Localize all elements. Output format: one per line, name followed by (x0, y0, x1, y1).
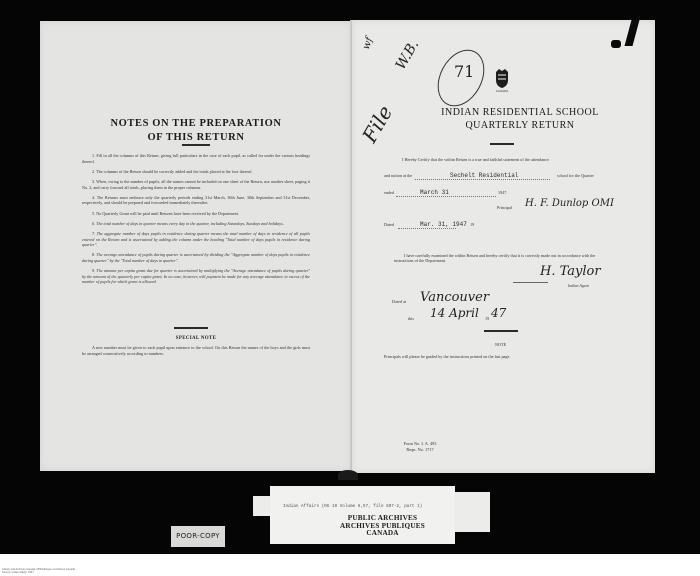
reqn-no-line: Reqn. No. 1717 (395, 447, 445, 453)
dated-line (398, 228, 456, 229)
ended-year: 1947 (498, 190, 506, 195)
dated-field: Mar. 31, 1947 (420, 221, 467, 228)
ended-date-line (396, 196, 496, 197)
agent-certify-text: I have carefully examined the within Ret… (394, 253, 609, 264)
note-item: 6. The total number of days in quarter m… (82, 221, 310, 227)
tuition-suffix: school for the Quarter (557, 173, 594, 178)
return-title: INDIAN RESIDENTIAL SCHOOL QUARTERLY RETU… (420, 107, 620, 132)
circled-number: 71 (454, 62, 474, 81)
form-number: Form No. I. A. 493 Reqn. No. 1717 (395, 441, 445, 452)
note-item: 4. The Returns must embrace only the qua… (82, 195, 310, 206)
credit-line2: Source: Indian Affairs, 1947 (2, 571, 75, 574)
credit-line: Library and Archives Canada / Bibliothèq… (2, 568, 75, 574)
archive-line3: CANADA (270, 530, 495, 538)
page-tear-bottom (338, 470, 358, 480)
ink-blot (611, 40, 621, 48)
this-suffix: 19 (485, 316, 489, 321)
canada-crest-icon (493, 68, 511, 88)
notes-title-line1: NOTES ON THE PREPARATION (40, 117, 352, 131)
label-tab-left (253, 496, 271, 516)
school-name-field: Sechelt Residential (450, 172, 518, 179)
agent-signature-line (513, 282, 548, 283)
note-item: 3. When, owing to the number of pupils, … (82, 179, 310, 190)
note-item: 1. Fill in all the columns of this Retur… (82, 153, 310, 164)
note-item: 2. The columns of the Return should be c… (82, 169, 310, 175)
archive-label-title: PUBLIC ARCHIVES ARCHIVES PUBLIQUES CANAD… (270, 515, 495, 538)
notes-title: NOTES ON THE PREPARATION OF THIS RETURN (40, 117, 352, 145)
note-text: Principals will please be guided by the … (384, 354, 510, 359)
return-title-line1: INDIAN RESIDENTIAL SCHOOL (420, 107, 620, 120)
archive-reference: Indian Affairs (RG 10 Volume 6,57, file … (283, 504, 422, 509)
principal-label: Principal (497, 205, 512, 210)
tuition-prefix: and tuition at the (384, 173, 412, 178)
special-note-text: A new number must be given to each pupil… (82, 345, 310, 356)
ended-date-field: March 31 (420, 189, 449, 196)
agent-signature: H. Taylor (540, 264, 601, 279)
return-title-line2: QUARTERLY RETURN (420, 120, 620, 133)
dated-suffix: 19 (470, 222, 474, 227)
notes-title-line2: OF THIS RETURN (40, 131, 352, 145)
ended-label: ended (384, 190, 394, 195)
certify-text: I Hereby Certify that the within Return … (402, 157, 549, 162)
special-note-rule (174, 327, 208, 329)
note-title: NOTE (495, 342, 506, 347)
note-item: 7. The aggregate number of days pupils i… (82, 231, 310, 248)
dated-at-field: Vancouver (420, 290, 489, 305)
special-note-title: SPECIAL NOTE (40, 336, 352, 341)
note-item: 9. The amount per capita grant due for q… (82, 268, 310, 285)
crest-label: CANADA (490, 89, 514, 93)
return-title-rule (490, 143, 514, 145)
this-label: this (408, 316, 414, 321)
this-date-field: 14 April (430, 306, 479, 320)
school-name-line (415, 179, 550, 180)
this-year-field: 47 (491, 306, 506, 320)
principal-signature: H. F. Dunlop OMI (525, 198, 614, 209)
notes-title-rule (182, 144, 210, 146)
note-item: 8. The average attendance of pupils duri… (82, 252, 310, 263)
dated-label: Dated (384, 222, 394, 227)
note-rule (484, 330, 518, 332)
note-item: 5. No Quarterly Grant will be paid until… (82, 211, 310, 217)
agent-title: Indian Agent (568, 283, 589, 288)
dated-at-label: Dated at (392, 299, 406, 304)
poor-copy-tag: POOR-COPY (171, 526, 225, 547)
notes-list: 1. Fill in all the columns of this Retur… (82, 153, 310, 289)
